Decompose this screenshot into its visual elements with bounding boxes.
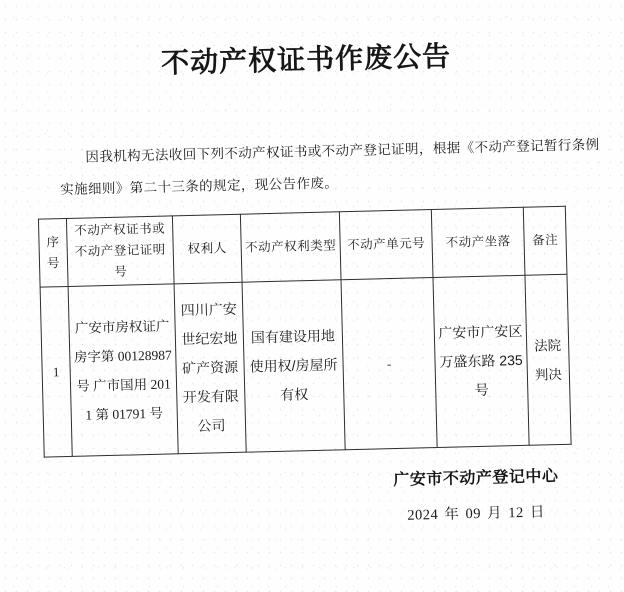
cell-cert-no: 广安市房权证广房字第 00128987 号 广市国用 2011 第 01791 … xyxy=(68,284,178,457)
cell-seq: 1 xyxy=(40,286,72,457)
cell-right-type: 国有建设用地使用权/房屋所有权 xyxy=(242,280,345,452)
table-header-row: 序号 不动产权证书或不动产登记证明号 权利人 不动产权利类型 不动产单元号 不动… xyxy=(38,206,567,287)
scan-content: 不动产权证书作废公告 因我机构无法收回下列不动产权证书或不动产登记证明，根据《不… xyxy=(0,0,624,592)
issue-date: 2024 年 09 月 12 日 xyxy=(407,500,545,524)
col-header-seq: 序号 xyxy=(38,218,68,287)
cell-remark: 法院判决 xyxy=(525,274,571,445)
cell-unit-no: - xyxy=(341,278,437,450)
certificates-table: 序号 不动产权证书或不动产登记证明号 权利人 不动产权利类型 不动产单元号 不动… xyxy=(38,206,572,458)
issuer-signature: 广安市不动产登记中心 xyxy=(393,463,559,490)
notice-body: 因我机构无法收回下列不动产权证书或不动产登记证明，根据《不动产登记暂行条例 实施… xyxy=(59,130,570,206)
scanned-notice-page: 不动产权证书作废公告 因我机构无法收回下列不动产权证书或不动产登记证明，根据《不… xyxy=(0,0,624,592)
notice-title: 不动产权证书作废公告 xyxy=(0,30,618,85)
col-header-holder: 权利人 xyxy=(172,214,242,284)
col-header-location: 不动产坐落 xyxy=(431,207,525,277)
col-header-unit-no: 不动产单元号 xyxy=(339,210,433,280)
cell-location: 广安市广安区万盛东路 235 号 xyxy=(433,275,529,447)
table-row: 1 广安市房权证广房字第 00128987 号 广市国用 2011 第 0179… xyxy=(40,274,571,457)
col-header-right-type: 不动产权利类型 xyxy=(240,212,341,282)
col-header-remark: 备注 xyxy=(523,206,567,275)
cell-holder: 四川广安世纪宏地矿产资源开发有限公司 xyxy=(174,282,246,454)
col-header-cert-no: 不动产权证书或不动产登记证明号 xyxy=(66,216,174,287)
